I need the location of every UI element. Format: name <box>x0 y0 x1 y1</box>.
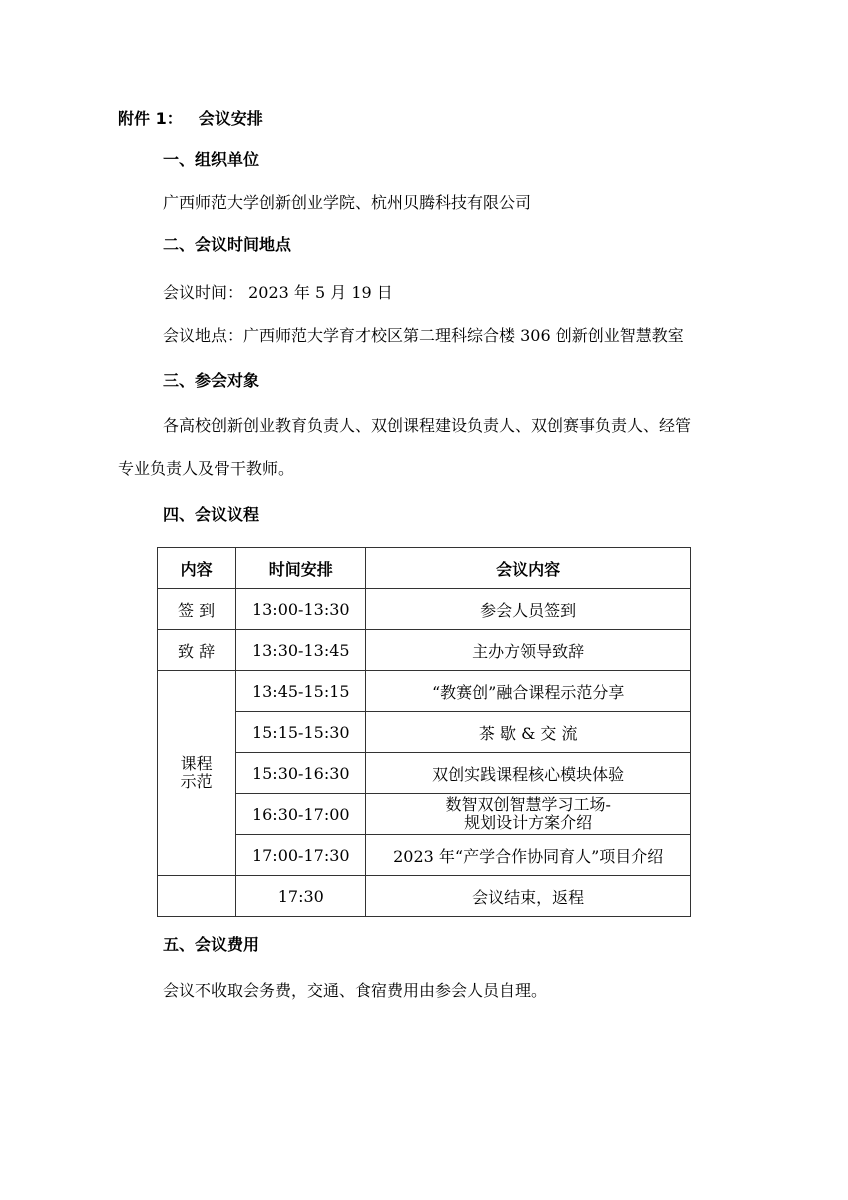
attendees-text-line2: 专业负责人及骨干教师。 <box>118 459 294 479</box>
section-heading-attendees: 三、参会对象 <box>163 371 259 391</box>
row-time: 15:30-16:30 <box>236 753 366 794</box>
section-heading-agenda: 四、会议议程 <box>163 505 259 525</box>
attachment-title-text: 会议安排 <box>199 109 263 128</box>
content-line2: 规划设计方案介绍 <box>366 814 690 832</box>
row-content: “教赛创”融合课程示范分享 <box>366 671 691 712</box>
table-row: 15:30-16:30 双创实践课程核心模块体验 <box>158 753 691 794</box>
row-content: 数智双创智慧学习工场- 规划设计方案介绍 <box>366 794 691 835</box>
row-content: 参会人员签到 <box>366 589 691 630</box>
section-heading-organizer: 一、组织单位 <box>163 150 259 170</box>
row-time: 17:00-17:30 <box>236 835 366 876</box>
row-time: 15:15-15:30 <box>236 712 366 753</box>
row-category: 致 辞 <box>158 630 236 671</box>
table-row: 15:15-15:30 茶 歇 & 交 流 <box>158 712 691 753</box>
row-time: 13:30-13:45 <box>236 630 366 671</box>
row-time: 13:45-15:15 <box>236 671 366 712</box>
table-row: 致 辞 13:30-13:45 主办方领导致辞 <box>158 630 691 671</box>
row-time: 17:30 <box>236 876 366 917</box>
row-content: 主办方领导致辞 <box>366 630 691 671</box>
category-line1: 课程 <box>158 755 235 773</box>
row-category <box>158 876 236 917</box>
attendees-text-line1: 各高校创新创业教育负责人、双创课程建设负责人、双创赛事负责人、经管 <box>163 416 691 436</box>
meeting-place: 会议地点：广西师范大学育才校区第二理科综合楼 306 创新创业智慧教室 <box>163 326 684 346</box>
content-line1: 数智双创智慧学习工场- <box>366 796 690 814</box>
row-content: 会议结束，返程 <box>366 876 691 917</box>
row-time: 16:30-17:00 <box>236 794 366 835</box>
table-row: 17:30 会议结束，返程 <box>158 876 691 917</box>
attachment-prefix: 附件 1： <box>118 109 183 128</box>
table-row: 签 到 13:00-13:30 参会人员签到 <box>158 589 691 630</box>
header-time: 时间安排 <box>236 548 366 589</box>
row-category: 签 到 <box>158 589 236 630</box>
row-content: 2023 年“产学合作协同育人”项目介绍 <box>366 835 691 876</box>
row-content: 茶 歇 & 交 流 <box>366 712 691 753</box>
header-category: 内容 <box>158 548 236 589</box>
table-row: 17:00-17:30 2023 年“产学合作协同育人”项目介绍 <box>158 835 691 876</box>
row-content: 双创实践课程核心模块体验 <box>366 753 691 794</box>
row-category-course-demo: 课程 示范 <box>158 671 236 876</box>
section-heading-time-place: 二、会议时间地点 <box>163 235 291 255</box>
section-heading-fees: 五、会议费用 <box>163 935 259 955</box>
meeting-time: 会议时间： 2023 年 5 月 19 日 <box>163 283 393 303</box>
table-header-row: 内容 时间安排 会议内容 <box>158 548 691 589</box>
fees-text: 会议不收取会务费，交通、食宿费用由参会人员自理。 <box>163 981 547 1001</box>
table-row: 课程 示范 13:45-15:15 “教赛创”融合课程示范分享 <box>158 671 691 712</box>
attachment-title: 附件 1：会议安排 <box>118 109 263 129</box>
table-row: 16:30-17:00 数智双创智慧学习工场- 规划设计方案介绍 <box>158 794 691 835</box>
agenda-table: 内容 时间安排 会议内容 签 到 13:00-13:30 参会人员签到 致 辞 … <box>157 547 691 917</box>
row-time: 13:00-13:30 <box>236 589 366 630</box>
category-line2: 示范 <box>158 773 235 791</box>
header-content: 会议内容 <box>366 548 691 589</box>
organizer-text: 广西师范大学创新创业学院、杭州贝腾科技有限公司 <box>163 193 531 213</box>
